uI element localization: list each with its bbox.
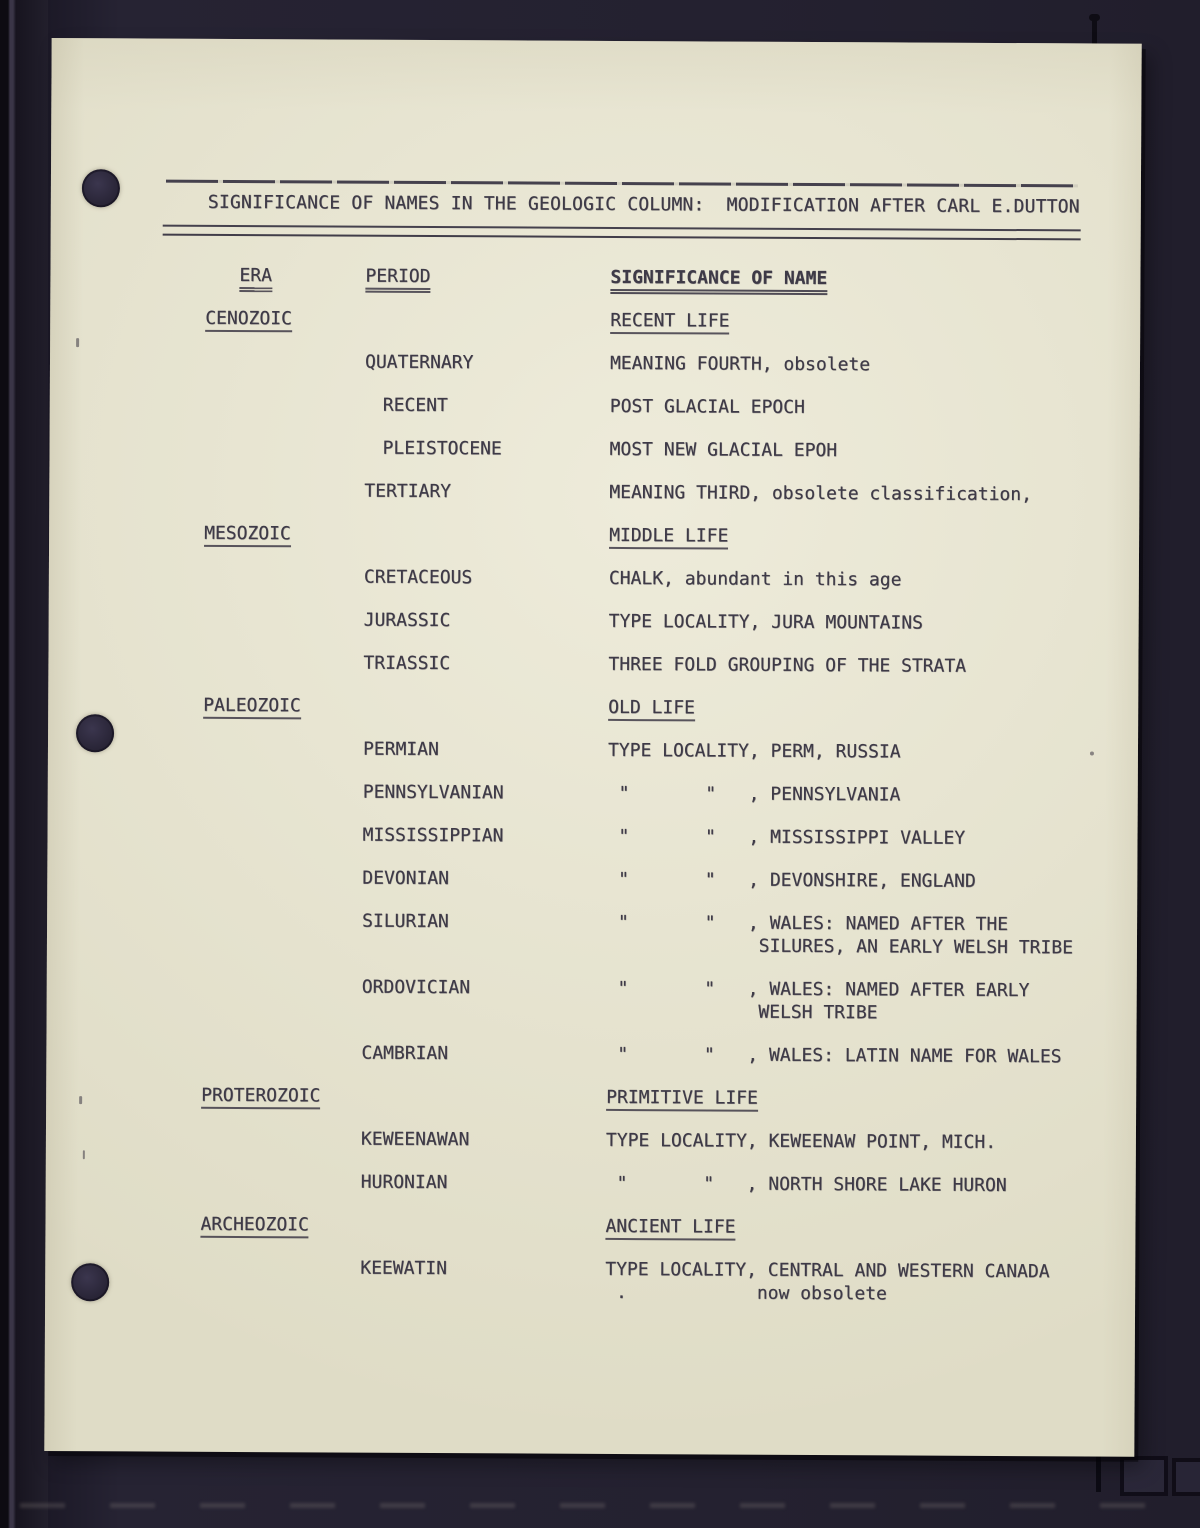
- era-cell: [201, 1170, 361, 1194]
- period-cell: CAMBRIAN: [361, 1042, 606, 1066]
- period-cell: CRETACEOUS: [364, 566, 609, 590]
- era-cell: [203, 780, 363, 804]
- column-header-period-label: PERIOD: [365, 266, 430, 293]
- significance-cell-label: PRIMITIVE LIFE: [606, 1087, 758, 1112]
- significance-cell: MIDDLE LIFE: [609, 524, 1094, 550]
- period-cell: PENNSYLVANIAN: [363, 781, 608, 805]
- period-cell: KEWEENAWAN: [361, 1128, 606, 1152]
- top-rule: [166, 180, 1078, 188]
- period-cell: [360, 1214, 605, 1238]
- significance-cell: " " , NORTH SHORE LAKE HURON: [606, 1172, 1091, 1198]
- punch-hole: [71, 1263, 109, 1301]
- paper-sheet: SIGNIFICANCE OF NAMES IN THE GEOLOGIC CO…: [44, 38, 1141, 1457]
- era-cell: [204, 436, 364, 460]
- significance-cell-label: MIDDLE LIFE: [609, 525, 728, 550]
- period-cell: MISSISSIPPIAN: [362, 824, 607, 848]
- era-cell: [202, 975, 362, 1022]
- corner-mark-rect: [1120, 1456, 1168, 1496]
- era-cell: [200, 1256, 360, 1303]
- era-cell-label: CENOZOIC: [205, 308, 292, 332]
- significance-cell: ANCIENT LIFE: [605, 1215, 1090, 1241]
- era-cell-label: MESOZOIC: [204, 523, 291, 547]
- period-cell: PLEISTOCENE: [364, 437, 609, 461]
- era-cell: [204, 608, 364, 632]
- significance-cell: POST GLACIAL EPOCH: [610, 395, 1095, 421]
- era-cell: [204, 479, 364, 503]
- bookmark-sliver-knob: [1089, 14, 1100, 21]
- period-cell: [364, 523, 609, 547]
- era-cell: [203, 737, 363, 761]
- era-cell-label: ARCHEOZOIC: [200, 1214, 308, 1239]
- significance-cell-label: OLD LIFE: [608, 697, 695, 721]
- period-cell: QUATERNARY: [365, 351, 610, 375]
- paper-speck: [76, 338, 79, 347]
- period-cell: ORDOVICIAN: [362, 976, 607, 1023]
- significance-cell: TYPE LOCALITY, KEWEENAW POINT, MICH.: [606, 1129, 1091, 1155]
- significance-cell: " " , DEVONSHIRE, ENGLAND: [607, 868, 1092, 894]
- significance-cell: OLD LIFE: [608, 696, 1093, 722]
- column-header-era: ERA: [205, 264, 365, 288]
- punch-hole: [82, 169, 120, 207]
- era-cell: PROTEROZOIC: [201, 1084, 361, 1108]
- era-cell: [201, 1041, 361, 1065]
- period-cell: DEVONIAN: [362, 867, 607, 891]
- period-cell: RECENT: [365, 394, 610, 418]
- significance-cell-label: RECENT LIFE: [610, 310, 729, 335]
- column-header-significance-label: SIGNIFICANCE OF NAME: [610, 267, 827, 295]
- era-cell: [202, 823, 362, 847]
- era-cell: [204, 565, 364, 589]
- corner-mark-line: [1096, 1452, 1101, 1492]
- document-title: SIGNIFICANCE OF NAMES IN THE GEOLOGIC CO…: [208, 192, 1080, 218]
- significance-cell: " " , WALES: LATIN NAME FOR WALES: [606, 1043, 1091, 1069]
- significance-cell: MEANING FOURTH, obsolete: [610, 352, 1095, 378]
- significance-cell: TYPE LOCALITY, PERM, RUSSIA: [608, 739, 1093, 765]
- period-cell: KEEWATIN: [360, 1257, 605, 1304]
- title-underline-rule: [163, 225, 1081, 241]
- significance-cell: CHALK, abundant in this age: [609, 567, 1094, 593]
- era-cell: [202, 909, 362, 956]
- era-cell: [205, 350, 365, 374]
- significance-cell: TYPE LOCALITY, JURA MOUNTAINS: [609, 610, 1094, 636]
- period-cell: TRIASSIC: [363, 652, 608, 676]
- era-cell: CENOZOIC: [205, 307, 365, 331]
- era-cell: [205, 393, 365, 417]
- geo-table: ERA PERIOD SIGNIFICANCE OF NAME CENOZOIC…: [200, 264, 1096, 1327]
- period-cell: HURONIAN: [361, 1171, 606, 1195]
- scan-smudge-marks: [20, 1503, 1180, 1508]
- significance-cell: THREE FOLD GROUPING OF THE STRATA: [608, 653, 1093, 679]
- era-cell-label: PROTEROZOIC: [201, 1085, 320, 1110]
- era-cell: [202, 866, 362, 890]
- period-cell: [363, 695, 608, 719]
- significance-cell: " " , MISSISSIPPI VALLEY: [607, 825, 1092, 851]
- significance-cell: MOST NEW GLACIAL EPOH: [609, 438, 1094, 464]
- corner-mark-rect: [1172, 1458, 1200, 1496]
- significance-cell: TYPE LOCALITY, CENTRAL AND WESTERN CANAD…: [605, 1258, 1090, 1307]
- era-cell-label: PALEOZOIC: [203, 695, 301, 720]
- scanned-page-background: SIGNIFICANCE OF NAMES IN THE GEOLOGIC CO…: [0, 0, 1200, 1528]
- era-cell: ARCHEOZOIC: [200, 1213, 360, 1237]
- significance-cell: RECENT LIFE: [610, 309, 1095, 335]
- significance-cell: " " , WALES: NAMED AFTER EARLY WELSH TRI…: [607, 977, 1092, 1026]
- period-cell: SILURIAN: [362, 910, 607, 957]
- column-header-era-label: ERA: [239, 265, 272, 292]
- paper-speck: [79, 1096, 82, 1104]
- punch-hole: [76, 714, 114, 752]
- significance-cell: PRIMITIVE LIFE: [606, 1086, 1091, 1112]
- era-cell: MESOZOIC: [204, 522, 364, 546]
- significance-cell: " " , WALES: NAMED AFTER THE SILURES, AN…: [607, 911, 1092, 960]
- period-cell: JURASSIC: [364, 609, 609, 633]
- era-cell: [201, 1127, 361, 1151]
- paper-speck: [83, 1150, 85, 1159]
- period-cell: [365, 308, 610, 332]
- era-cell: PALEOZOIC: [203, 694, 363, 718]
- column-header-significance: SIGNIFICANCE OF NAME: [610, 266, 1095, 292]
- column-header-period: PERIOD: [365, 265, 610, 289]
- significance-cell: " " , PENNSYLVANIA: [608, 782, 1093, 808]
- period-cell: TERTIARY: [364, 480, 609, 504]
- binder-spine: [0, 0, 48, 1528]
- period-cell: [361, 1085, 606, 1109]
- era-cell: [203, 651, 363, 675]
- significance-cell-label: ANCIENT LIFE: [605, 1216, 735, 1241]
- period-cell: PERMIAN: [363, 738, 608, 762]
- significance-cell: MEANING THIRD, obsolete classification,: [609, 481, 1094, 507]
